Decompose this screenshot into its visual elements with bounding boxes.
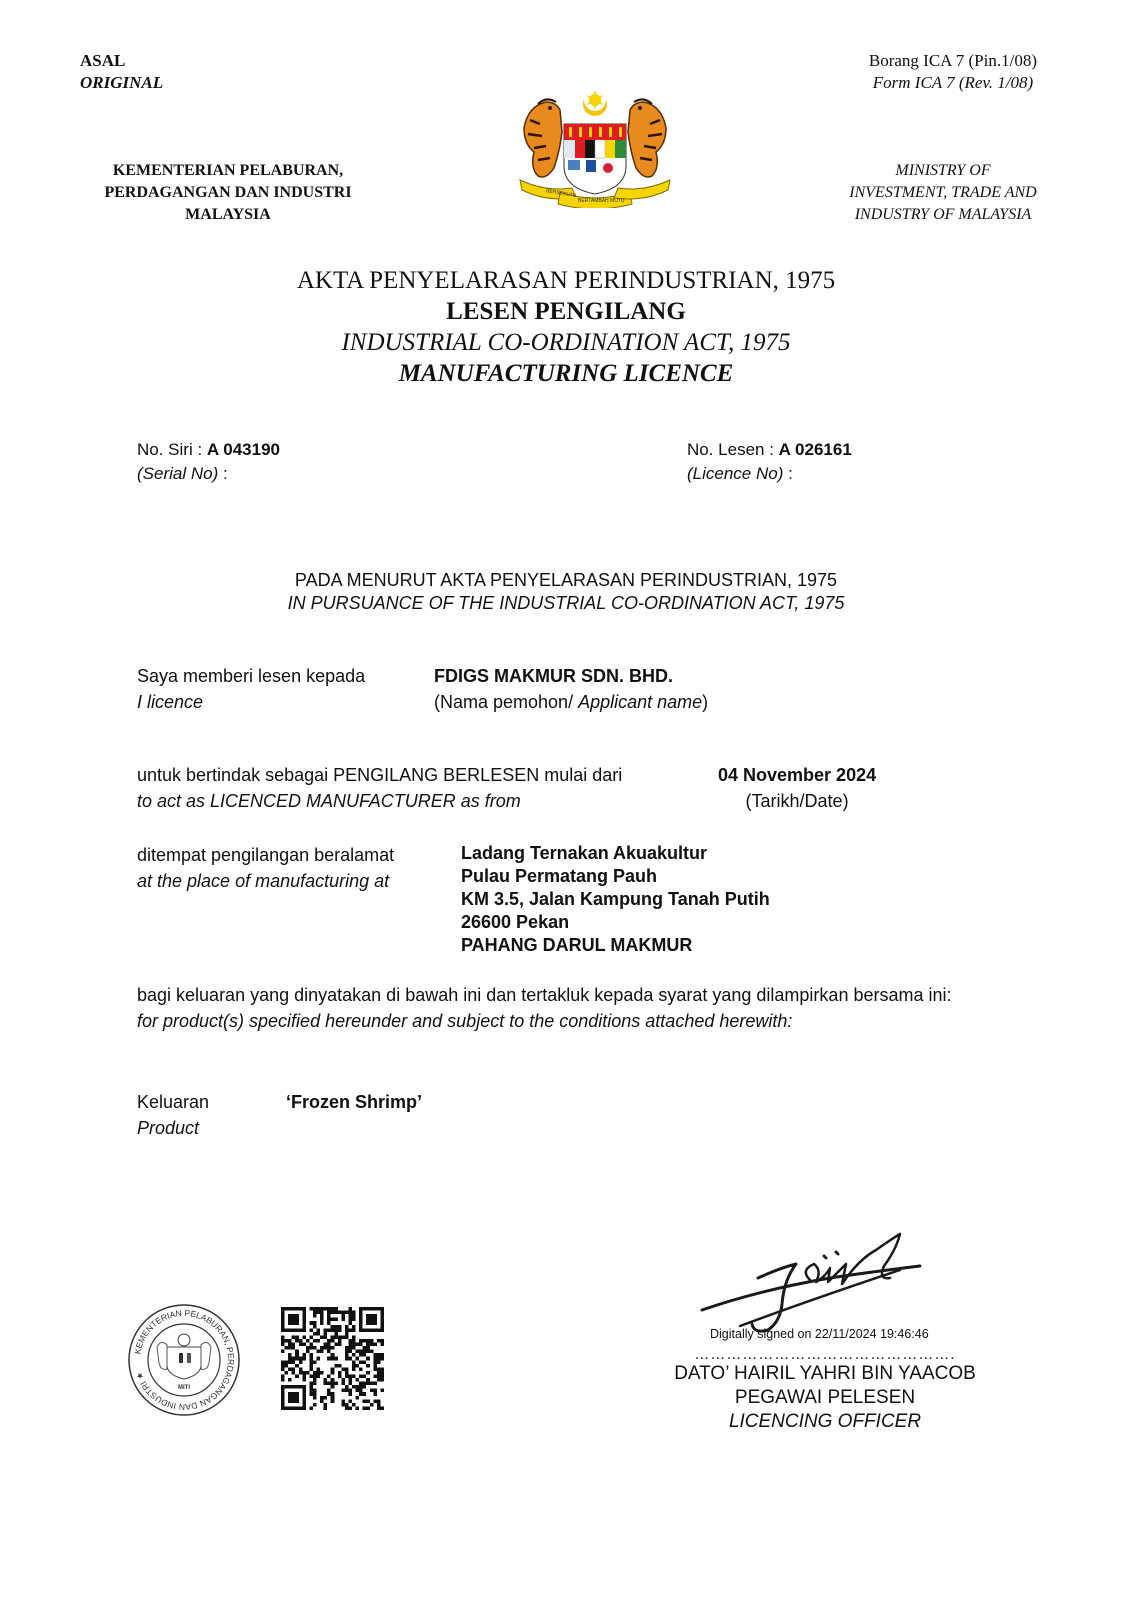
pursuance-en: IN PURSUANCE OF THE INDUSTRIAL CO-ORDINA… <box>0 592 1132 615</box>
colon: : <box>783 464 792 483</box>
licensee-label: Saya memberi lesen kepada I licence <box>137 663 365 715</box>
pursuance-statement: PADA MENURUT AKTA PENYELARASAN PERINDUST… <box>0 569 1132 615</box>
ministry-en-line: MINISTRY OF <box>838 160 1048 182</box>
products-intro-ms: bagi keluaran yang dinyatakan di bawah i… <box>137 982 957 1008</box>
ministry-ms-line: PERDAGANGAN DAN INDUSTRI <box>88 182 368 204</box>
svg-text:BERTAMBAH MUTU: BERTAMBAH MUTU <box>578 198 625 204</box>
ministry-ms-line: KEMENTERIAN PELABURAN, <box>88 160 368 182</box>
licensee-label-ms: Saya memberi lesen kepada <box>137 663 365 689</box>
miti-seal-icon: KEMENTERIAN PELABURAN, PERDAGANGAN DAN I… <box>127 1303 241 1417</box>
form-code: Borang ICA 7 (Pin.1/08) Form ICA 7 (Rev.… <box>869 50 1037 94</box>
licence-title-ms: LESEN PENGILANG <box>0 296 1132 327</box>
ministry-en-line: INDUSTRY OF MALAYSIA <box>838 204 1048 226</box>
copy-type: ASAL ORIGINAL <box>80 50 163 94</box>
products-intro: bagi keluaran yang dinyatakan di bawah i… <box>137 982 957 1034</box>
officer-title-en: LICENCING OFFICER <box>660 1410 990 1434</box>
qr-code-icon[interactable] <box>281 1307 384 1410</box>
product-label-en: Product <box>137 1115 209 1141</box>
copy-type-en: ORIGINAL <box>80 72 163 94</box>
effective-date: 04 November 2024 (Tarikh/Date) <box>718 762 876 814</box>
ministry-en-line: INVESTMENT, TRADE AND <box>838 182 1048 204</box>
effective-date-value: 04 November 2024 <box>718 762 876 788</box>
ministry-name-ms: KEMENTERIAN PELABURAN, PERDAGANGAN DAN I… <box>88 160 368 226</box>
caption-ms: (Nama pemohon/ <box>434 692 578 712</box>
form-code-en: Form ICA 7 (Rev. 1/08) <box>869 72 1037 94</box>
officer-name: DATO’ HAIRIL YAHRI BIN YAACOB <box>660 1362 990 1386</box>
colon: : <box>218 464 227 483</box>
digital-signature-timestamp: Digitally signed on 22/11/2024 19:46:46 <box>700 1326 990 1342</box>
signature-dotted-line: …………………………………………. <box>660 1348 990 1362</box>
product-value: ‘Frozen Shrimp’ <box>286 1089 422 1115</box>
place-label: ditempat pengilangan beralamat at the pl… <box>137 842 394 894</box>
act-title-ms: AKTA PENYELARASAN PERINDUSTRIAN, 1975 <box>0 265 1132 296</box>
applicant-name-caption: (Nama pemohon/ Applicant name) <box>434 689 708 715</box>
place-label-ms: ditempat pengilangan beralamat <box>137 842 394 868</box>
licensee-label-en: I licence <box>137 689 365 715</box>
licence-title-en: MANUFACTURING LICENCE <box>0 358 1132 389</box>
effective-label-ms: untuk bertindak sebagai PENGILANG BERLES… <box>137 762 622 788</box>
address-line: Pulau Permatang Pauh <box>461 865 770 888</box>
address-line: PAHANG DARUL MAKMUR <box>461 934 770 957</box>
serial-label-en: (Serial No) <box>137 464 218 483</box>
address-line: KM 3.5, Jalan Kampung Tanah Putih <box>461 888 770 911</box>
products-intro-en: for product(s) specified hereunder and s… <box>137 1008 957 1034</box>
effective-label: untuk bertindak sebagai PENGILANG BERLES… <box>137 762 622 814</box>
licence-label-ms: No. Lesen : <box>687 440 779 459</box>
licence-value: A 026161 <box>779 440 852 459</box>
applicant-name: FDIGS MAKMUR SDN. BHD. (Nama pemohon/ Ap… <box>434 663 708 715</box>
coat-of-arms-icon: BERSEKUTU BERTAMBAH MUTU <box>516 88 674 208</box>
pursuance-ms: PADA MENURUT AKTA PENYELARASAN PERINDUST… <box>0 569 1132 592</box>
officer-title-ms: PEGAWAI PELESEN <box>660 1386 990 1410</box>
product-label-ms: Keluaran <box>137 1089 209 1115</box>
svg-text:MITI: MITI <box>178 1385 190 1391</box>
applicant-name-value: FDIGS MAKMUR SDN. BHD. <box>434 663 708 689</box>
address-line: 26600 Pekan <box>461 911 770 934</box>
caption-close: ) <box>702 692 708 712</box>
licence-label-en: (Licence No) <box>687 464 783 483</box>
form-code-ms: Borang ICA 7 (Pin.1/08) <box>869 50 1037 72</box>
serial-value: A 043190 <box>207 440 280 459</box>
ministry-name-en: MINISTRY OF INVESTMENT, TRADE AND INDUST… <box>838 160 1048 226</box>
serial-number: No. Siri : A 043190 (Serial No) : <box>137 438 280 486</box>
licence-number: No. Lesen : A 026161 (Licence No) : <box>687 438 852 486</box>
effective-date-caption: (Tarikh/Date) <box>718 788 876 814</box>
product-label: Keluaran Product <box>137 1089 209 1141</box>
caption-en: Applicant name <box>578 692 702 712</box>
signature-block: Digitally signed on 22/11/2024 19:46:46 … <box>660 1326 990 1434</box>
document-title: AKTA PENYELARASAN PERINDUSTRIAN, 1975 LE… <box>0 265 1132 389</box>
address-line: Ladang Ternakan Akuakultur <box>461 842 770 865</box>
manufacturing-address: Ladang Ternakan Akuakultur Pulau Permata… <box>461 842 770 957</box>
copy-type-ms: ASAL <box>80 50 163 72</box>
serial-label-ms: No. Siri : <box>137 440 207 459</box>
place-label-en: at the place of manufacturing at <box>137 868 394 894</box>
ministry-ms-line: MALAYSIA <box>88 204 368 226</box>
effective-label-en: to act as LICENCED MANUFACTURER as from <box>137 788 622 814</box>
act-title-en: INDUSTRIAL CO-ORDINATION ACT, 1975 <box>0 327 1132 358</box>
signature-icon <box>700 1230 950 1340</box>
